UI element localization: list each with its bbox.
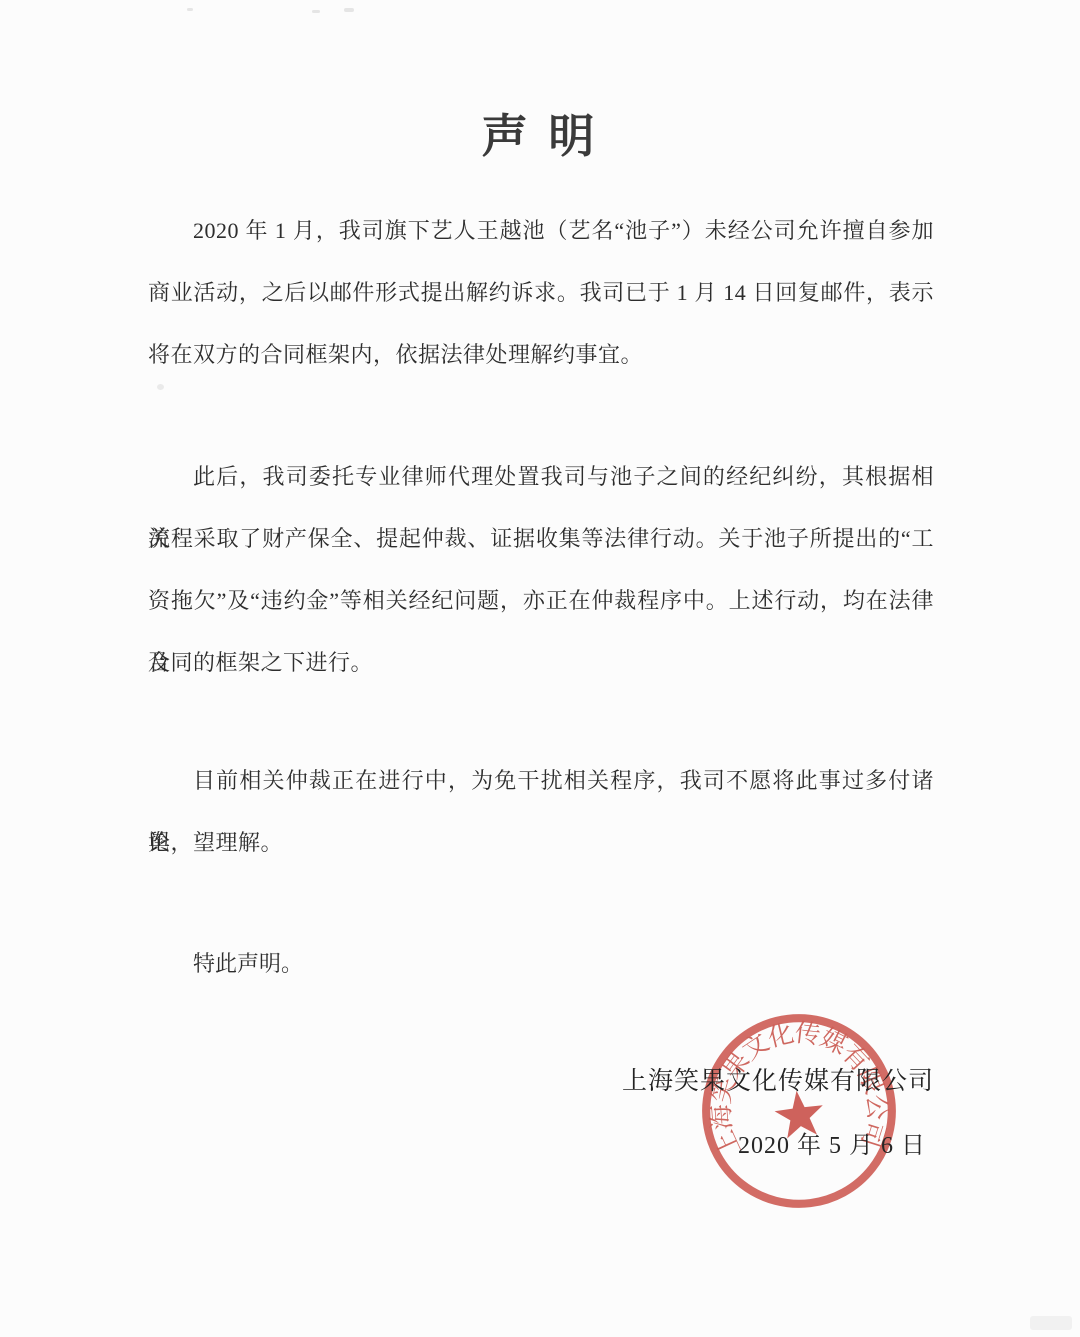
scan-artifact [187, 8, 193, 11]
text-line: 论，望理解。 [148, 812, 934, 874]
text-line: 目前相关仲裁正在进行中，为免干扰相关程序，我司不愿将此事过多付诸舆 [148, 750, 934, 812]
statement-document-page: 声 明 2020 年 1 月，我司旗下艺人王越池（艺名“池子”）未经公司允许擅自… [0, 0, 1080, 1337]
paragraph: 目前相关仲裁正在进行中，为免干扰相关程序，我司不愿将此事过多付诸舆论，望理解。 [148, 750, 934, 874]
paragraph: 此后，我司委托专业律师代理处置我司与池子之间的经纪纠纷，其根据相关流程采取了财产… [148, 446, 934, 694]
scan-artifact [312, 10, 320, 13]
company-seal-stamp: 上海笑果文化传媒有限公司 [685, 997, 912, 1224]
paragraph: 2020 年 1 月，我司旗下艺人王越池（艺名“池子”）未经公司允许擅自参加商业… [148, 200, 934, 386]
closing-line: 特此声明。 [148, 933, 934, 995]
signature-date: 2020 年 5 月 6 日 [148, 1130, 926, 1162]
company-signature: 上海笑果文化传媒有限公司 [148, 1066, 934, 1098]
text-line: 合同的框架之下进行。 [148, 632, 934, 694]
text-line: 资拖欠”及“违约金”等相关经纪问题，亦正在仲裁程序中。上述行动，均在法律及 [148, 570, 934, 632]
text-line: 商业活动，之后以邮件形式提出解约诉求。我司已于 1 月 14 日回复邮件，表示 [148, 262, 934, 324]
text-line: 2020 年 1 月，我司旗下艺人王越池（艺名“池子”）未经公司允许擅自参加 [148, 200, 934, 262]
text-line: 此后，我司委托专业律师代理处置我司与池子之间的经纪纠纷，其根据相关 [148, 446, 934, 508]
scan-artifact [1030, 1316, 1072, 1330]
text-line: 将在双方的合同框架内，依据法律处理解约事宜。 [148, 324, 934, 386]
scan-artifact [344, 8, 354, 12]
scan-artifact [157, 384, 164, 390]
text-line: 流程采取了财产保全、提起仲裁、证据收集等法律行动。关于池子所提出的“工 [148, 508, 934, 570]
document-title: 声 明 [0, 108, 1080, 164]
